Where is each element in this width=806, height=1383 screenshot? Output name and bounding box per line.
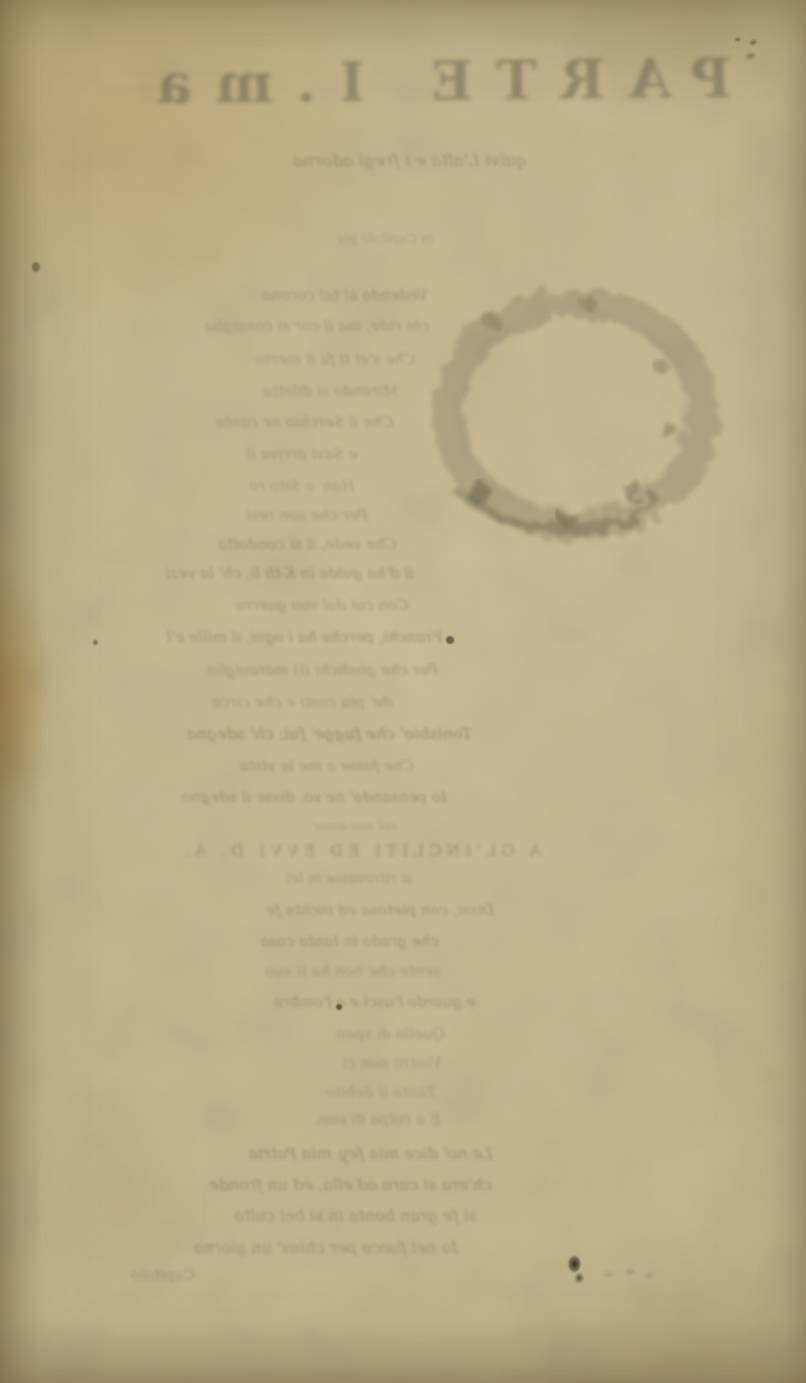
showthrough-line: Tonisbio' che fugge' fui; ch' sdegna bbox=[132, 725, 527, 743]
showthrough-line: de' piu casti e che circa bbox=[192, 694, 412, 711]
showthrough-line: Con cui dal suo guerra bbox=[212, 597, 432, 614]
showthrough-line: col suo amor bbox=[292, 820, 417, 834]
showthrough-line: Per che giudichi (i) marauiglia bbox=[200, 662, 445, 679]
showthrough-line: Io pensando' ne vo, disse il sdegno bbox=[162, 789, 467, 806]
ink-blot bbox=[560, 1250, 592, 1290]
showthrough-line: Che s'el ti fa il merto bbox=[228, 351, 443, 368]
showthrough-line: Le no' dice mia fey, mia Patria bbox=[158, 1145, 583, 1163]
showthrough-line: Che fosse a me la vista bbox=[222, 758, 432, 775]
showthrough-line: Per che son resi bbox=[222, 507, 392, 524]
showthrough-heading: A GL'INCLITI ED EVVI D. A. bbox=[128, 842, 593, 860]
showthrough-line: ch'era si cara ad ella, ed un fronde bbox=[88, 1176, 613, 1194]
ink-smudge bbox=[596, 1260, 658, 1286]
showthrough-line: Dissi, con pietosa ed inclita fe bbox=[228, 902, 533, 919]
showthrough-line: in Capitolo pia bbox=[290, 233, 480, 247]
ink-speck bbox=[93, 640, 98, 645]
showthrough-line: si fe gran bonta in si bel culto bbox=[108, 1207, 603, 1225]
showthrough-line: e guardo l'usci e a l'ombra bbox=[222, 994, 527, 1011]
showthrough-line: quivi L'alta e i fregi adorna bbox=[225, 152, 595, 171]
paper-stain bbox=[0, 600, 52, 800]
showthrough-line: Io nel fuoco per chius' un giorno bbox=[128, 1239, 523, 1257]
showthrough-line: E a colpa di suo. bbox=[298, 1111, 458, 1128]
showthrough-title: PARTE I.ma bbox=[82, 48, 783, 115]
showthrough-line: Che vede, il si condotto bbox=[182, 536, 432, 553]
showthrough-line: chi ride, ma il cor si consiglia bbox=[112, 318, 522, 335]
showthrough-line: che grado in tanta cosa bbox=[222, 933, 477, 950]
showthrough-line: Vostro non ci bbox=[322, 1055, 462, 1072]
paper-stain bbox=[40, 1080, 200, 1320]
showthrough-line: il d'ha guida in K-th li, ch' la vezi bbox=[62, 565, 517, 582]
showthrough-line: Quello di span bbox=[318, 1026, 463, 1043]
showthrough-line: Vedendo al tal corona bbox=[210, 287, 480, 304]
catchword: Capitolo bbox=[98, 1267, 228, 1284]
showthrough-line: Mirando si diletta bbox=[226, 383, 436, 400]
ink-speck bbox=[446, 636, 454, 644]
ink-speck bbox=[336, 1004, 342, 1010]
showthrough-line: Han' o Sito ro bbox=[212, 478, 392, 495]
showthrough-line: si ritrovasse in lei bbox=[252, 872, 447, 887]
showthrough-line: Che il Serchio ne canta bbox=[182, 414, 427, 431]
ink-speck bbox=[32, 262, 40, 272]
showthrough-line: sente che non ha il suo bbox=[238, 963, 468, 980]
showthrough-line: e Savi arriva il bbox=[192, 446, 412, 463]
showthrough-line: Tanto il debito bbox=[318, 1084, 443, 1101]
book-page-scan: PARTE I.ma quivi L'alta e i fregi adorna… bbox=[0, 0, 806, 1383]
